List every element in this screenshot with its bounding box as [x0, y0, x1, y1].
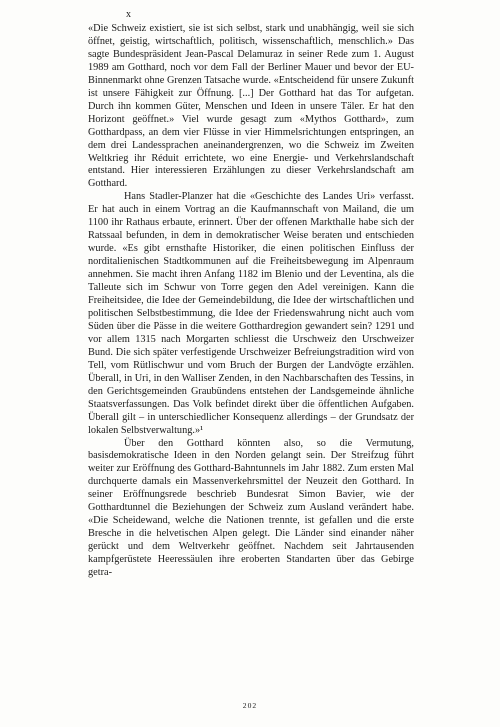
page-number: 202 — [0, 701, 500, 710]
page-number-label: 202 — [243, 701, 257, 710]
paragraph-opening-quote: «Die Schweiz existiert, sie ist sich sel… — [88, 23, 414, 191]
paragraph-stadler-planzer-text: Hans Stadler-Planzer hat die «Geschichte… — [88, 191, 414, 435]
paragraph-gotthard-tunnel: Über den Gotthard könnten also, so die V… — [88, 438, 414, 580]
footnote-marker: ¹ — [200, 425, 203, 436]
text-block: «Die Schweiz existiert, sie ist sich sel… — [88, 23, 414, 580]
running-head-label: x — [126, 9, 131, 20]
paragraph-gotthard-tunnel-text: Über den Gotthard könnten also, so die V… — [88, 438, 414, 579]
book-page: x «Die Schweiz existiert, sie ist sich s… — [0, 0, 500, 727]
paragraph-stadler-planzer: Hans Stadler-Planzer hat die «Geschichte… — [88, 191, 414, 437]
running-head: x — [126, 10, 131, 20]
paragraph-opening-quote-text: «Die Schweiz existiert, sie ist sich sel… — [88, 23, 414, 189]
